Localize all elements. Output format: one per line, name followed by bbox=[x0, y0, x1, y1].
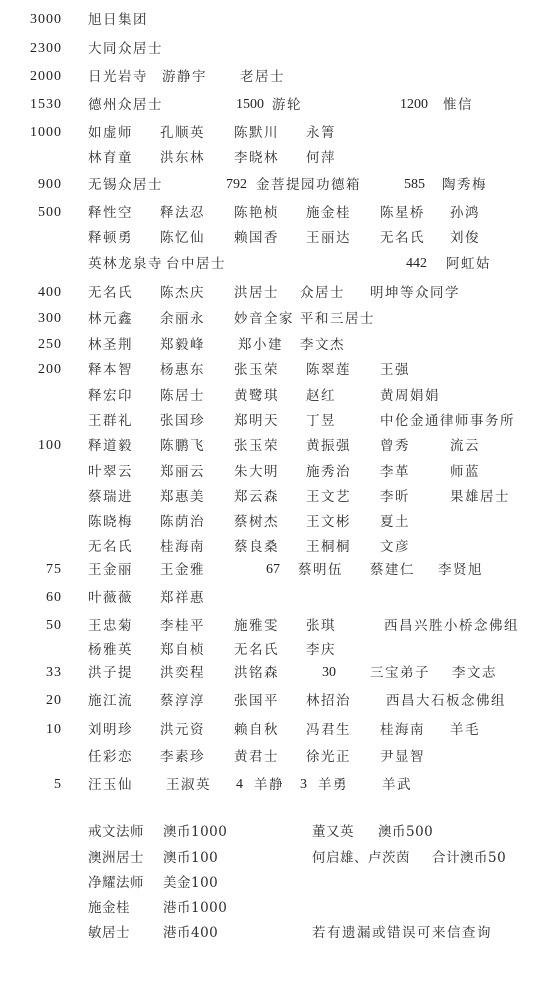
donor-name: 无名氏 bbox=[88, 283, 133, 303]
donor-name: 明坤等众同学 bbox=[370, 283, 460, 303]
donor-name: 游轮 bbox=[272, 95, 302, 115]
donor-name: 蔡良桑 bbox=[234, 537, 279, 557]
amount-label: 400 bbox=[0, 283, 62, 303]
donor-name: 流云 bbox=[450, 436, 480, 456]
donor-name: 王金丽 bbox=[88, 560, 133, 580]
donor-name: 羊毛 bbox=[450, 720, 480, 740]
donor-name: 林育童 bbox=[88, 148, 133, 168]
donation-row: 蔡瑞进郑惠美郑云森王文艺李昕果雄居士 bbox=[0, 487, 550, 507]
donor-name: 郑毅峰 bbox=[160, 335, 205, 355]
donor-name: 刘明珍 bbox=[88, 720, 133, 740]
donor-name: 洪元资 bbox=[160, 720, 205, 740]
donor-name: 无名氏 bbox=[380, 228, 425, 248]
donor-name: 朱大明 bbox=[234, 462, 279, 482]
donor-name: 平和三居士 bbox=[300, 309, 375, 329]
donor-name: 文彦 bbox=[380, 537, 410, 557]
donation-row: 任彩恋李素珍黄君士徐光正尹显智 bbox=[0, 747, 550, 767]
inline-amount: 792 bbox=[226, 175, 247, 195]
donor-name: 李桂平 bbox=[160, 616, 205, 636]
donor-name: 王淑英 bbox=[166, 775, 211, 795]
donor-name: 李庆 bbox=[306, 640, 336, 660]
donor-name: 无锡众居士 bbox=[88, 175, 163, 195]
foreign-donor-name: 何启雄、卢茨茵 bbox=[312, 848, 410, 868]
donor-name: 张玉荣 bbox=[234, 436, 279, 456]
donation-row: 5汪玉仙王淑英4羊静3羊勇羊武 bbox=[0, 775, 550, 795]
inline-amount: 1500 bbox=[236, 95, 264, 115]
inline-amount: 442 bbox=[406, 254, 427, 274]
donor-name: 李晓林 bbox=[234, 148, 279, 168]
donor-name: 洪子提 bbox=[88, 663, 133, 683]
donor-name: 日光岩寺 bbox=[88, 67, 148, 87]
donor-name: 金菩提园功德箱 bbox=[256, 175, 361, 195]
donation-row: 200释本智杨惠东张玉荣陈翠莲王强 bbox=[0, 360, 550, 380]
amount-label: 1000 bbox=[0, 123, 62, 143]
donor-name: 蔡树杰 bbox=[234, 512, 279, 532]
donor-name: 蔡瑞进 bbox=[88, 487, 133, 507]
donor-name: 黄周娟娟 bbox=[380, 386, 440, 406]
donor-name: 释性空 bbox=[88, 203, 133, 223]
foreign-donor-name: 戒文法师 bbox=[88, 822, 144, 842]
amount-label: 900 bbox=[0, 175, 62, 195]
donor-name: 无名氏 bbox=[234, 640, 279, 660]
donor-name: 叶薇薇 bbox=[88, 588, 133, 608]
amount-label: 33 bbox=[0, 663, 62, 683]
donor-name: 蔡淳淳 bbox=[160, 691, 205, 711]
amount-label: 100 bbox=[0, 436, 62, 456]
amount-label: 10 bbox=[0, 720, 62, 740]
donor-name: 杨惠东 bbox=[160, 360, 205, 380]
amount-label: 300 bbox=[0, 309, 62, 329]
donor-name: 西昌大石板念佛组 bbox=[386, 691, 506, 711]
donor-name: 郑小建 bbox=[238, 335, 283, 355]
donation-row: 英林龙泉寺台中居士442阿虹姑 bbox=[0, 254, 550, 274]
donor-name: 孙鸿 bbox=[450, 203, 480, 223]
amount-label: 60 bbox=[0, 588, 62, 608]
donor-name: 游静宇 bbox=[162, 67, 207, 87]
inline-amount: 67 bbox=[266, 560, 280, 580]
donor-name: 郑明天 bbox=[234, 411, 279, 431]
amount-label: 1530 bbox=[0, 95, 62, 115]
donor-name: 李文志 bbox=[452, 663, 497, 683]
amount-label: 75 bbox=[0, 560, 62, 580]
donor-name: 林圣荆 bbox=[88, 335, 133, 355]
foreign-amount: 合计澳币50 bbox=[432, 848, 506, 868]
donor-name: 旭日集团 bbox=[88, 10, 148, 30]
donor-name: 丁昱 bbox=[306, 411, 336, 431]
donation-row: 3000旭日集团 bbox=[0, 10, 550, 30]
donor-name: 黄鹭琪 bbox=[234, 386, 279, 406]
donor-name: 李文杰 bbox=[300, 335, 345, 355]
donor-name: 黄振强 bbox=[306, 436, 351, 456]
donor-name: 张国平 bbox=[234, 691, 279, 711]
foreign-amount: 澳币500 bbox=[378, 822, 433, 842]
donor-name: 洪东林 bbox=[160, 148, 205, 168]
amount-label: 250 bbox=[0, 335, 62, 355]
foreign-donor-name: 净耀法师 bbox=[88, 873, 144, 893]
donor-name: 释顿勇 bbox=[88, 228, 133, 248]
donor-name: 余丽永 bbox=[160, 309, 205, 329]
donor-name: 李昕 bbox=[380, 487, 410, 507]
donor-name: 刘俊 bbox=[450, 228, 480, 248]
inline-amount: 585 bbox=[404, 175, 425, 195]
donor-name: 冯君生 bbox=[306, 720, 351, 740]
donor-name: 三宝弟子 bbox=[370, 663, 430, 683]
donor-name: 赵红 bbox=[306, 386, 336, 406]
donor-name: 李素珍 bbox=[160, 747, 205, 767]
foreign-amount: 港币400 bbox=[163, 923, 218, 943]
donation-row: 释宏印陈居士黄鹭琪赵红黄周娟娟 bbox=[0, 386, 550, 406]
donor-name: 果雄居士 bbox=[450, 487, 510, 507]
donor-name: 陈杰庆 bbox=[160, 283, 205, 303]
donor-name: 王金雅 bbox=[160, 560, 205, 580]
inline-amount: 30 bbox=[322, 663, 336, 683]
foreign-donor-name: 敏居士 bbox=[88, 923, 130, 943]
donor-name: 林招治 bbox=[306, 691, 351, 711]
donation-row: 500释性空释法忍陈艳桢施金桂陈星桥孙鸿 bbox=[0, 203, 550, 223]
donor-name: 桂海南 bbox=[160, 537, 205, 557]
amount-label: 5 bbox=[0, 775, 62, 795]
donor-name: 西昌兴胜小桥念佛组 bbox=[384, 616, 519, 636]
donor-name: 汪玉仙 bbox=[88, 775, 133, 795]
donation-row: 10刘明珍洪元资赖自秋冯君生桂海南羊毛 bbox=[0, 720, 550, 740]
donor-name: 陈晓梅 bbox=[88, 512, 133, 532]
donor-name: 李贤旭 bbox=[438, 560, 483, 580]
donor-name: 德州众居士 bbox=[88, 95, 163, 115]
donor-name: 永箐 bbox=[306, 123, 336, 143]
foreign-amount: 澳币1000 bbox=[163, 822, 227, 842]
donation-row: 20施江流蔡淳淳张国平林招治西昌大石板念佛组 bbox=[0, 691, 550, 711]
donor-name: 释道毅 bbox=[88, 436, 133, 456]
amount-label: 20 bbox=[0, 691, 62, 711]
foreign-donor-name: 澳洲居士 bbox=[88, 848, 144, 868]
donor-name: 陈星桥 bbox=[380, 203, 425, 223]
donor-name: 赖自秋 bbox=[234, 720, 279, 740]
footer-note: 若有遗漏或错误可来信查询 bbox=[312, 923, 492, 943]
donor-name: 任彩恋 bbox=[88, 747, 133, 767]
donor-name: 如虚师 bbox=[88, 123, 133, 143]
donation-row: 400无名氏陈杰庆洪居士众居士明坤等众同学 bbox=[0, 283, 550, 303]
donation-row: 2300大同众居士 bbox=[0, 39, 550, 59]
donor-name: 施江流 bbox=[88, 691, 133, 711]
donor-name: 李革 bbox=[380, 462, 410, 482]
donation-row: 33洪子提洪奕程洪铭森30三宝弟子李文志 bbox=[0, 663, 550, 683]
donor-name: 张国珍 bbox=[160, 411, 205, 431]
donor-name: 张玉荣 bbox=[234, 360, 279, 380]
donor-name: 夏土 bbox=[380, 512, 410, 532]
donor-name: 释宏印 bbox=[88, 386, 133, 406]
donor-name: 郑丽云 bbox=[160, 462, 205, 482]
donor-name: 羊武 bbox=[382, 775, 412, 795]
donor-name: 英林龙泉寺 bbox=[88, 254, 163, 274]
donor-name: 陈默川 bbox=[234, 123, 279, 143]
amount-label: 50 bbox=[0, 616, 62, 636]
donor-name: 王丽达 bbox=[306, 228, 351, 248]
donation-row: 叶翠云郑丽云朱大明施秀治李革师蓝 bbox=[0, 462, 550, 482]
donation-row: 2000日光岩寺游静宇老居士 bbox=[0, 67, 550, 87]
donor-name: 洪铭森 bbox=[234, 663, 279, 683]
donor-name: 叶翠云 bbox=[88, 462, 133, 482]
donation-row: 杨雅英郑自桢无名氏李庆 bbox=[0, 640, 550, 660]
amount-label: 200 bbox=[0, 360, 62, 380]
foreign-amount: 港币1000 bbox=[163, 898, 227, 918]
donor-name: 师蓝 bbox=[450, 462, 480, 482]
donor-name: 陈居士 bbox=[160, 386, 205, 406]
donation-row: 无名氏桂海南蔡良桑王桐桐文彦 bbox=[0, 537, 550, 557]
donation-row: 75王金丽王金雅67蔡明伍蔡建仁李贤旭 bbox=[0, 560, 550, 580]
donor-name: 何萍 bbox=[306, 148, 336, 168]
donor-name: 众居士 bbox=[300, 283, 345, 303]
donor-name: 妙音全家 bbox=[234, 309, 294, 329]
inline-amount: 1200 bbox=[400, 95, 428, 115]
donor-name: 郑自桢 bbox=[160, 640, 205, 660]
donation-row: 1530德州众居士1500游轮1200惟信 bbox=[0, 95, 550, 115]
donor-name: 蔡建仁 bbox=[370, 560, 415, 580]
foreign-donor-name: 董又英 bbox=[312, 822, 354, 842]
donor-name: 郑祥惠 bbox=[160, 588, 205, 608]
amount-label: 500 bbox=[0, 203, 62, 223]
donor-name: 张琪 bbox=[306, 616, 336, 636]
inline-amount: 4 bbox=[236, 775, 243, 795]
amount-label: 2300 bbox=[0, 39, 62, 59]
inline-amount: 3 bbox=[300, 775, 307, 795]
donor-name: 施雅雯 bbox=[234, 616, 279, 636]
donor-name: 陶秀梅 bbox=[442, 175, 487, 195]
donor-name: 尹显智 bbox=[380, 747, 425, 767]
donor-name: 桂海南 bbox=[380, 720, 425, 740]
donor-name: 赖国香 bbox=[234, 228, 279, 248]
donor-name: 陈忆仙 bbox=[160, 228, 205, 248]
donation-row: 50王忠菊李桂平施雅雯张琪西昌兴胜小桥念佛组 bbox=[0, 616, 550, 636]
donation-row: 释顿勇陈忆仙赖国香王丽达无名氏刘俊 bbox=[0, 228, 550, 248]
donor-name: 羊勇 bbox=[318, 775, 348, 795]
foreign-donor-name: 施金桂 bbox=[88, 898, 130, 918]
foreign-amount: 美金100 bbox=[163, 873, 218, 893]
donor-name: 陈鹏飞 bbox=[160, 436, 205, 456]
donor-name: 王文艺 bbox=[306, 487, 351, 507]
donation-row: 100释道毅陈鹏飞张玉荣黄振强曾秀流云 bbox=[0, 436, 550, 456]
donor-name: 释法忍 bbox=[160, 203, 205, 223]
donation-row: 300林元鑫余丽永妙音全家平和三居士 bbox=[0, 309, 550, 329]
donor-name: 陈艳桢 bbox=[234, 203, 279, 223]
amount-label: 2000 bbox=[0, 67, 62, 87]
donor-name: 黄君士 bbox=[234, 747, 279, 767]
donation-row: 1000如虚师孔顺英陈默川永箐 bbox=[0, 123, 550, 143]
donation-row: 60叶薇薇郑祥惠 bbox=[0, 588, 550, 608]
donation-row: 陈晓梅陈荫治蔡树杰王文彬夏土 bbox=[0, 512, 550, 532]
donation-row: 王群礼张国珍郑明天丁昱中伦金通律师事务所 bbox=[0, 411, 550, 431]
donor-name: 郑云森 bbox=[234, 487, 279, 507]
amount-label: 3000 bbox=[0, 10, 62, 30]
donor-name: 孔顺英 bbox=[160, 123, 205, 143]
donor-name: 徐光正 bbox=[306, 747, 351, 767]
donor-name: 洪奕程 bbox=[160, 663, 205, 683]
donation-row: 900无锡众居士792金菩提园功德箱585陶秀梅 bbox=[0, 175, 550, 195]
donor-name: 王群礼 bbox=[88, 411, 133, 431]
donor-name: 王文彬 bbox=[306, 512, 351, 532]
donor-name: 施金桂 bbox=[306, 203, 351, 223]
donor-name: 老居士 bbox=[240, 67, 285, 87]
donor-name: 羊静 bbox=[254, 775, 284, 795]
donor-name: 林元鑫 bbox=[88, 309, 133, 329]
donor-name: 阿虹姑 bbox=[446, 254, 491, 274]
donation-row: 250林圣荆郑毅峰郑小建李文杰 bbox=[0, 335, 550, 355]
donor-name: 台中居士 bbox=[166, 254, 226, 274]
donor-name: 惟信 bbox=[443, 95, 473, 115]
donor-name: 释本智 bbox=[88, 360, 133, 380]
donor-name: 陈荫治 bbox=[160, 512, 205, 532]
donor-name: 蔡明伍 bbox=[298, 560, 343, 580]
donor-name: 中伦金通律师事务所 bbox=[380, 411, 515, 431]
donor-name: 无名氏 bbox=[88, 537, 133, 557]
donor-name: 王强 bbox=[380, 360, 410, 380]
donor-name: 陈翠莲 bbox=[306, 360, 351, 380]
donor-name: 曾秀 bbox=[380, 436, 410, 456]
donor-name: 洪居士 bbox=[234, 283, 279, 303]
donor-name: 杨雅英 bbox=[88, 640, 133, 660]
donor-name: 施秀治 bbox=[306, 462, 351, 482]
foreign-amount: 澳币100 bbox=[163, 848, 218, 868]
donor-name: 王桐桐 bbox=[306, 537, 351, 557]
donor-name: 王忠菊 bbox=[88, 616, 133, 636]
donor-name: 郑惠美 bbox=[160, 487, 205, 507]
donor-name: 大同众居士 bbox=[88, 39, 163, 59]
donation-row: 林育童洪东林李晓林何萍 bbox=[0, 148, 550, 168]
